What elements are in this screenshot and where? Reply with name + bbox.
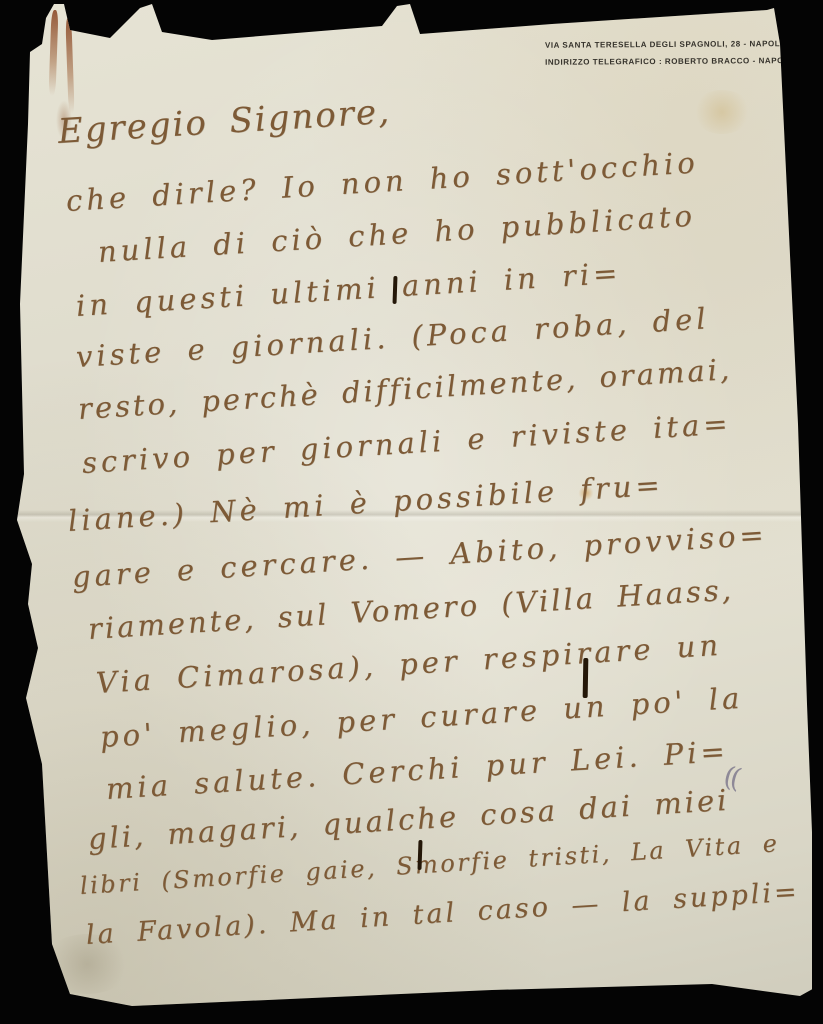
paper-stain: [692, 90, 752, 134]
letterhead: VIA SANTA TERESELLA DEGLI SPAGNOLI, 28 -…: [545, 35, 775, 71]
page-number: 1: [597, 1, 611, 23]
ink-blot: [583, 658, 589, 698]
handwritten-salutation: Egregio Signore,: [57, 92, 392, 152]
handwritten-line-7: liane.) Nè mi è possibile fru=: [67, 468, 665, 538]
letter-paper: 1 VIA SANTA TERESELLA DEGLI SPAGNOLI, 28…: [12, 4, 812, 1018]
letterhead-telegraph-line: INDIRIZZO TELEGRAFICO : ROBERTO BRACCO -…: [545, 52, 775, 71]
rust-stain: [49, 10, 59, 96]
letterhead-address-line: VIA SANTA TERESELLA DEGLI SPAGNOLI, 28 -…: [545, 35, 775, 54]
photo-background: 1 VIA SANTA TERESELLA DEGLI SPAGNOLI, 28…: [0, 0, 823, 1024]
